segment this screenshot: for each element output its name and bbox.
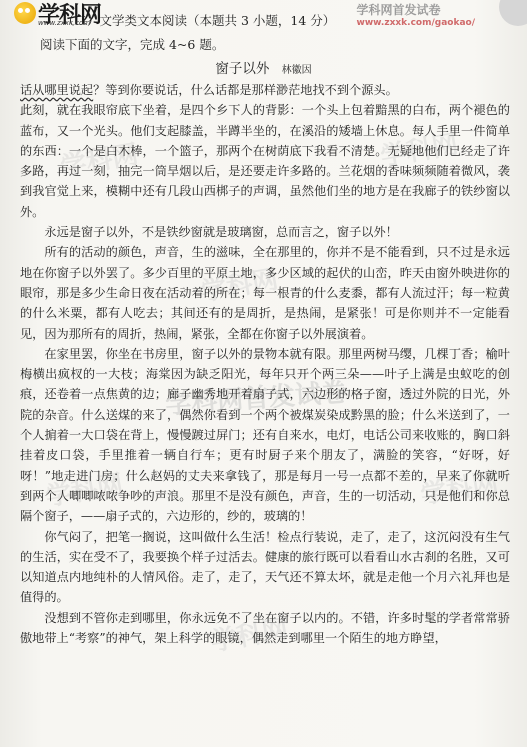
paragraph: 此刻，就在我眼帘底下坐着，是四个乡下人的背影：一个头上包着黯黑的白布，两个褪色的… [20,100,510,222]
paragraph: 在家里罢，你坐在书房里，窗子以外的景物本就有限。那里两树马缨，几棵丁香；榆叶梅横… [20,344,510,527]
article-title-line: 窗子以外 林徽因 [0,57,527,77]
brand-title: 学科网首发试卷 [357,1,475,18]
paragraph: 你气闷了，把笔一搁说，这叫做什么生活！检点行装说，走了，走了，这沉闷没有生气的生… [20,527,510,608]
instruction: 阅读下面的文字，完成 4~6 题。 [40,35,224,53]
underlined-phrase: 话从哪里说起 [20,83,93,97]
article-author: 林徽因 [282,65,312,76]
article-body: 话从哪里说起？等到你要说话，什么话都是那样渺茫地找不到个源头。 此刻，就在我眼帘… [20,80,510,648]
brand-block: 学科网首发试卷 www.zxxk.com/gaokao/ [357,1,475,28]
paragraph: 所有的活动的颜色，声音，生的滋味，全在那里的，你并不是不能看到，只不过是永远地在… [20,242,510,343]
opening-paragraph: 话从哪里说起？等到你要说话，什么话都是那样渺茫地找不到个源头。 [20,80,510,100]
paragraph: 永远是窗子以外，不是铁纱窗就是玻璃窗，总而言之，窗子以外！ [20,222,510,242]
mascot-icon [14,2,36,24]
section-heading: （二）文学类文本阅读（本题共 3 小题，14 分） [62,11,335,29]
page-corner [499,0,527,26]
opening-text: ？等到你要说话，什么话都是那样渺茫地找不到个源头。 [93,83,398,97]
exam-page: 学科网 学科网 学科网 学科网首发试卷 学科网 学科网 学科网 学科网 www.… [0,0,527,747]
paragraph: 没想到不管你走到哪里，你永远免不了坐在窗子以内的。不错，许多时髦的学者常常骄傲地… [20,608,510,649]
brand-url: www.zxxk.com/gaokao/ [357,18,475,28]
article-title: 窗子以外 [215,61,269,77]
